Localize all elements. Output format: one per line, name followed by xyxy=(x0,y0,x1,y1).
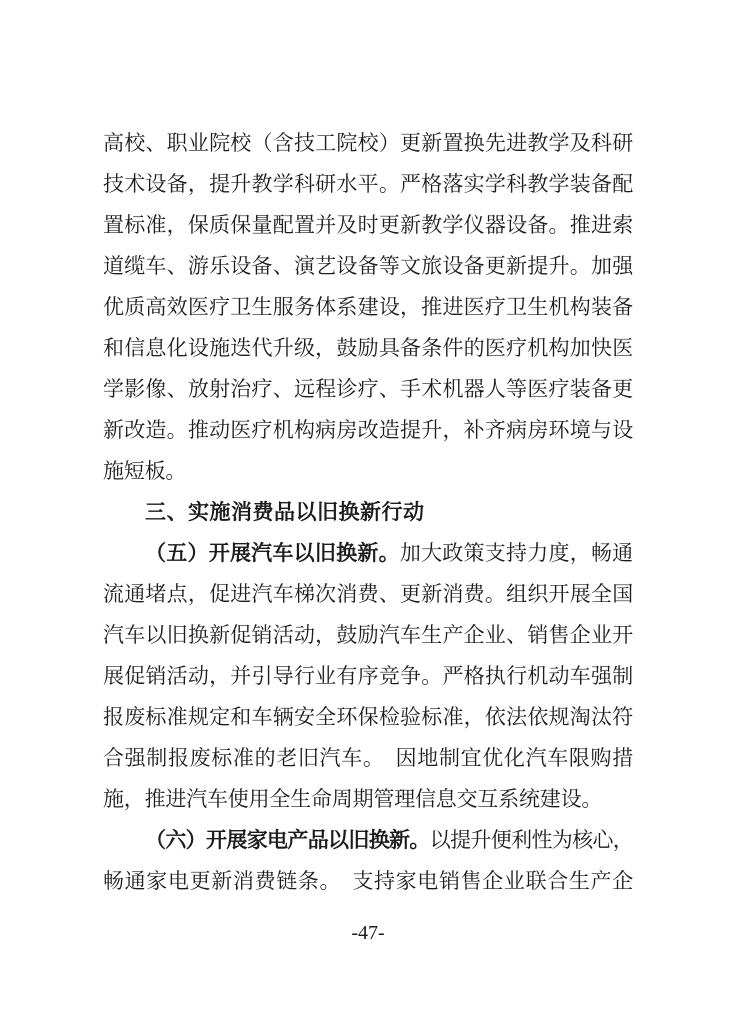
text-line: 施，推进汽车使用全生命周期管理信息交互系统建设。 xyxy=(103,779,633,820)
text-line: 道缆车、游乐设备、演艺设备等文旅设备更新提升。加强 xyxy=(103,246,633,287)
text-line: 报废标准规定和车辆安全环保检验标准，依法依规淘汰符 xyxy=(103,697,633,738)
body-text: 报废标准规定和车辆安全环保检验标准，依法依规淘汰符 xyxy=(103,705,633,729)
text-line: 流通堵点，促进汽车梯次消费、更新消费。组织开展全国 xyxy=(103,574,633,615)
body-text: 合强制报废标准的老旧汽车。 因地制宜优化汽车限购措 xyxy=(103,746,633,770)
text-line: 优质高效医疗卫生服务体系建设，推进医疗卫生机构装备 xyxy=(103,287,633,328)
body-text: 学影像、放射治疗、远程诊疗、手术机器人等医疗装备更 xyxy=(103,377,633,401)
body-text: 流通堵点，促进汽车梯次消费、更新消费。组织开展全国 xyxy=(103,582,633,606)
emphasis-text: （六）开展家电产品以旧换新。 xyxy=(145,828,430,852)
body-text: 施，推进汽车使用全生命周期管理信息交互系统建设。 xyxy=(103,787,602,811)
text-line: 技术设备，提升教学科研水平。严格落实学科教学装备配 xyxy=(103,164,633,205)
text-line: 置标准，保质保量配置并及时更新教学仪器设备。推进索 xyxy=(103,205,633,246)
text-line: 和信息化设施迭代升级，鼓励具备条件的医疗机构加快医 xyxy=(103,328,633,369)
body-text: 高校、职业院校（含技工院校）更新置换先进教学及科研 xyxy=(103,131,633,155)
text-line: 汽车以旧换新促销活动，鼓励汽车生产企业、销售企业开 xyxy=(103,615,633,656)
document-page: 高校、职业院校（含技工院校）更新置换先进教学及科研技术设备，提升教学科研水平。严… xyxy=(0,0,736,1009)
body-text: 施短板。 xyxy=(103,459,186,483)
text-line: （五）开展汽车以旧换新。加大政策支持力度，畅通 xyxy=(103,533,633,574)
text-line: （六）开展家电产品以旧换新。以提升便利性为核心， xyxy=(103,820,633,861)
text-line: 展促销活动，并引导行业有序竞争。严格执行机动车强制 xyxy=(103,656,633,697)
body-text: 展促销活动，并引导行业有序竞争。严格执行机动车强制 xyxy=(103,664,633,688)
page-number: -47- xyxy=(0,922,736,945)
text-line: 施短板。 xyxy=(103,451,633,492)
body-text: 以提升便利性为核心， xyxy=(430,828,633,852)
body-text: 技术设备，提升教学科研水平。严格落实学科教学装备配 xyxy=(103,172,633,196)
body-text: 畅通家电更新消费链条。 支持家电销售企业联合生产企 xyxy=(103,869,633,893)
text-line: 畅通家电更新消费链条。 支持家电销售企业联合生产企 xyxy=(103,861,633,902)
text-line: 高校、职业院校（含技工院校）更新置换先进教学及科研 xyxy=(103,123,633,164)
body-text: 道缆车、游乐设备、演艺设备等文旅设备更新提升。加强 xyxy=(103,254,633,278)
text-line: 新改造。推动医疗机构病房改造提升，补齐病房环境与设 xyxy=(103,410,633,451)
body-text: 和信息化设施迭代升级，鼓励具备条件的医疗机构加快医 xyxy=(103,336,633,360)
body-text: 加大政策支持力度，畅通 xyxy=(400,541,633,565)
emphasis-text: 三、实施消费品以旧换新行动 xyxy=(145,500,425,524)
text-line: 学影像、放射治疗、远程诊疗、手术机器人等医疗装备更 xyxy=(103,369,633,410)
emphasis-text: （五）开展汽车以旧换新。 xyxy=(145,541,400,565)
document-body: 高校、职业院校（含技工院校）更新置换先进教学及科研技术设备，提升教学科研水平。严… xyxy=(103,123,633,902)
text-line: 合强制报废标准的老旧汽车。 因地制宜优化汽车限购措 xyxy=(103,738,633,779)
section-heading: 三、实施消费品以旧换新行动 xyxy=(103,492,633,533)
body-text: 汽车以旧换新促销活动，鼓励汽车生产企业、销售企业开 xyxy=(103,623,633,647)
body-text: 置标准，保质保量配置并及时更新教学仪器设备。推进索 xyxy=(103,213,633,237)
body-text: 新改造。推动医疗机构病房改造提升，补齐病房环境与设 xyxy=(103,418,633,442)
body-text: 优质高效医疗卫生服务体系建设，推进医疗卫生机构装备 xyxy=(103,295,633,319)
